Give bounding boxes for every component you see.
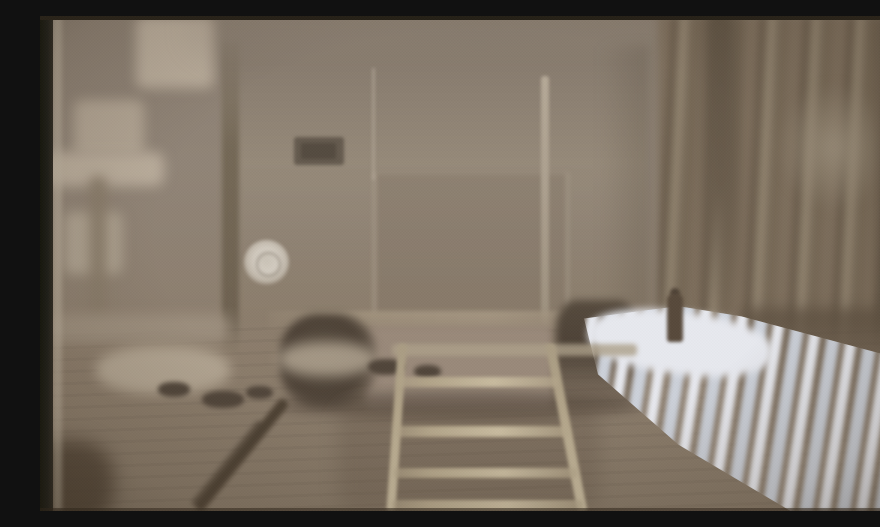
vignette-overlay bbox=[40, 16, 880, 511]
photograph bbox=[40, 16, 880, 511]
